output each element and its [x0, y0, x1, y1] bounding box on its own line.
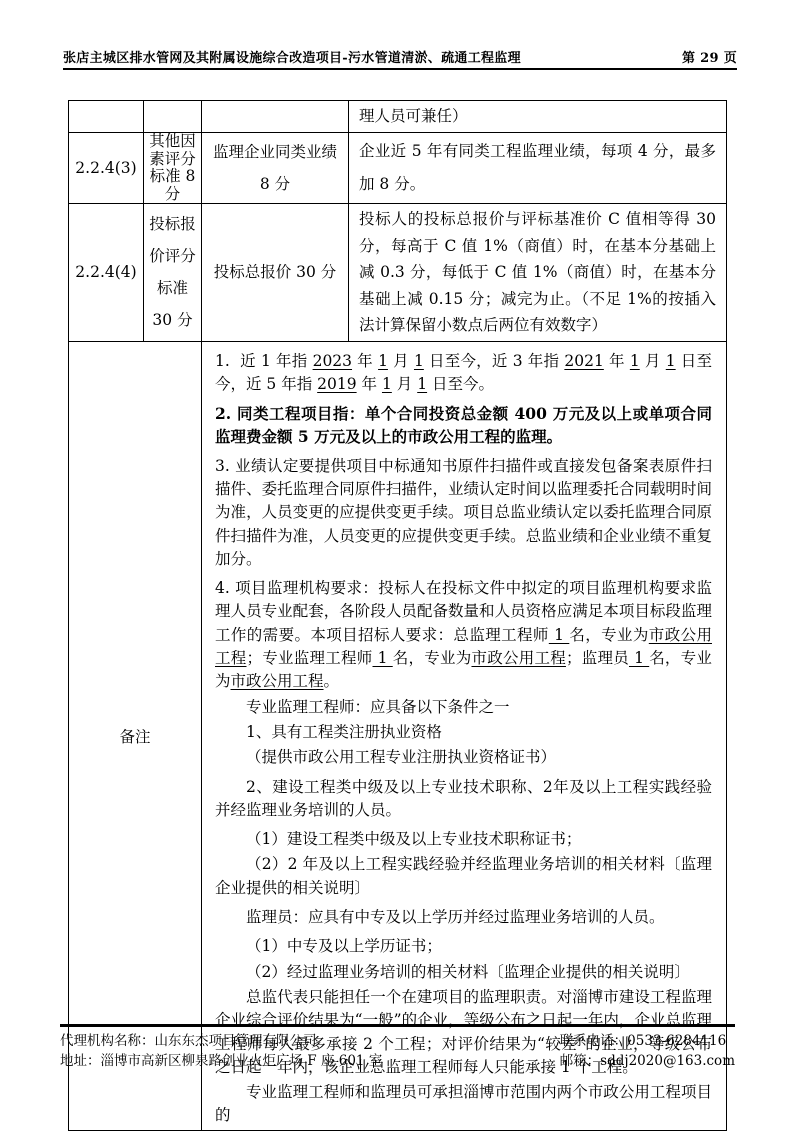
footer-left-column: 代理机构名称：山东东杰项目管理有限公司 地址：淄博市高新区柳泉路创业火炬广场 F…	[60, 1031, 382, 1071]
underlined-text: 2023	[313, 352, 352, 370]
text-segment: 年	[604, 352, 630, 370]
text-segment: 名，专业为	[569, 626, 648, 644]
table-cell-empty	[144, 101, 202, 133]
score-item: 投标总报价 30 分	[202, 204, 349, 342]
text-segment: 1、具有工程类注册执业资格	[246, 723, 442, 741]
text-segment: （2）经过监理业务培训的相关材料〔监理企业提供的相关说明〕	[246, 963, 690, 981]
text-segment: 日至今，近 3 年指	[424, 352, 565, 370]
remarks-paragraph: 3. 业绩认定要提供项目中标通知书原件扫描件或直接发包备案表原件扫描件、委托监理…	[215, 455, 712, 571]
document-page: 张店主城区排水管网及其附属设施综合改造项目-污水管道清淤、疏通工程监理 第 29…	[0, 0, 793, 1122]
remarks-paragraph: 2、建设工程类中级及以上专业技术职称、2年及以上工程实践经验并经监理业务培训的人…	[215, 776, 712, 823]
text-segment: 月	[392, 375, 417, 393]
underlined-text: 1	[629, 649, 649, 667]
underlined-text: 1	[630, 352, 640, 370]
remarks-label: 备注	[69, 341, 202, 1130]
page-header: 张店主城区排水管网及其附属设施综合改造项目-污水管道清淤、疏通工程监理 第 29…	[63, 47, 737, 70]
text-segment: 监理员：应具有中专及以上学历并经过监理业务培训的人员。	[246, 908, 665, 926]
remarks-paragraph: 专业监理工程师：应具备以下条件之一	[215, 696, 712, 719]
underlined-text: 市政公用工程	[231, 672, 324, 690]
text-segment: 月	[640, 352, 666, 370]
footer-right-column: 联系电话：0533-6284116 邮箱：sddj2020@163.com	[560, 1031, 735, 1071]
table-row-carryover: 理人员可兼任）	[69, 101, 727, 133]
remarks-paragraph: 2. 同类工程项目指：单个合同投资总金额 400 万元及以上或单项合同监理费金额…	[215, 402, 712, 449]
score-criteria: 投标人的投标总报价与评标基准价 C 值相等得 30 分，每高于 C 值 1%（商…	[349, 204, 727, 342]
remarks-paragraph: 4. 项目监理机构要求：投标人在投标文件中拟定的项目监理机构要求监理人员专业配套…	[215, 577, 712, 693]
remarks-paragraph: （1）建设工程类中级及以上专业技术职称证书；	[215, 828, 712, 851]
text-segment: 名，专业为	[393, 649, 472, 667]
underlined-text: 1	[414, 352, 424, 370]
underlined-text: 1	[378, 352, 388, 370]
header-page-number: 第 29 页	[682, 47, 737, 66]
score-item: 监理企业同类业绩 8 分	[202, 133, 349, 204]
agency-address: 地址：淄博市高新区柳泉路创业火炬广场 F 座 601 室	[60, 1051, 382, 1071]
underlined-text: 市政公用工程	[471, 649, 566, 667]
table-cell-empty	[69, 101, 144, 133]
underlined-text: 1	[417, 375, 427, 393]
underlined-text: 1	[373, 649, 393, 667]
text-segment: 专业监理工程师：应具备以下条件之一	[246, 698, 510, 716]
text-segment: 年	[357, 375, 382, 393]
text-segment: （提供市政公用工程专业注册执业资格证书）	[246, 748, 556, 766]
text-segment: 2. 同类工程项目指：单个合同投资总金额 400 万元及以上或单项合同监理费金额…	[215, 404, 712, 446]
agency-name: 代理机构名称：山东东杰项目管理有限公司	[60, 1031, 382, 1051]
remarks-row: 备注 1. 近 1 年指 2023 年 1 月 1 日至今，近 3 年指 202…	[69, 341, 727, 1130]
text-segment: 年	[352, 352, 378, 370]
evaluation-criteria-table: 理人员可兼任） 2.2.4(3) 其他因素评分标准 8 分 监理企业同类业绩 8…	[68, 100, 727, 1131]
text-segment: （2）2 年及以上工程实践经验并经监理业务培训的相关材料〔监理企业提供的相关说明…	[215, 855, 712, 896]
remarks-paragraph: 监理员：应具有中专及以上学历并经过监理业务培训的人员。	[215, 906, 712, 929]
text-segment: 日至今。	[427, 375, 494, 393]
text-segment: （1）建设工程类中级及以上专业技术职称证书；	[246, 830, 581, 848]
text-segment: 。	[324, 672, 340, 690]
text-segment: ；监理员	[566, 649, 629, 667]
remarks-paragraph: （2）经过监理业务培训的相关材料〔监理企业提供的相关说明〕	[215, 961, 712, 984]
table-row: 2.2.4(4) 投标报价评分标准 30 分 投标总报价 30 分 投标人的投标…	[69, 204, 727, 342]
text-segment: 月	[388, 352, 414, 370]
remarks-paragraph: （2）2 年及以上工程实践经验并经监理业务培训的相关材料〔监理企业提供的相关说明…	[215, 853, 712, 900]
underlined-text: 1	[666, 352, 676, 370]
criteria-carryover-text: 理人员可兼任）	[349, 101, 727, 133]
score-category: 其他因素评分标准 8 分	[144, 133, 202, 204]
header-title: 张店主城区排水管网及其附属设施综合改造项目-污水管道清淤、疏通工程监理	[63, 47, 521, 66]
text-segment: 1. 近 1 年指	[215, 352, 313, 370]
text-segment: 3. 业绩认定要提供项目中标通知书原件扫描件或直接发包备案表原件扫描件、委托监理…	[215, 457, 712, 568]
remarks-paragraph: 专业监理工程师和监理员可承担淄博市范围内两个市政公用工程项目的	[215, 1081, 712, 1128]
underlined-text: 2021	[564, 352, 603, 370]
remarks-paragraph: 1. 近 1 年指 2023 年 1 月 1 日至今，近 3 年指 2021 年…	[215, 350, 712, 397]
remarks-content: 1. 近 1 年指 2023 年 1 月 1 日至今，近 3 年指 2021 年…	[215, 350, 712, 1128]
text-segment: ；专业监理工程师	[247, 649, 373, 667]
underlined-text: 1	[549, 626, 570, 644]
remarks-paragraph: （提供市政公用工程专业注册执业资格证书）	[215, 746, 712, 769]
score-criteria: 企业近 5 年有同类工程监理业绩，每项 4 分，最多加 8 分。	[349, 133, 727, 204]
remarks-paragraph: （1）中专及以上学历证书；	[215, 935, 712, 958]
contact-email: 邮箱：sddj2020@163.com	[560, 1051, 735, 1071]
clause-code: 2.2.4(3)	[69, 133, 144, 204]
page-footer: 代理机构名称：山东东杰项目管理有限公司 地址：淄博市高新区柳泉路创业火炬广场 F…	[60, 1024, 735, 1071]
table-row: 2.2.4(3) 其他因素评分标准 8 分 监理企业同类业绩 8 分 企业近 5…	[69, 133, 727, 204]
text-segment: 专业监理工程师和监理员可承担淄博市范围内两个市政公用工程项目的	[215, 1083, 712, 1124]
contact-phone: 联系电话：0533-6284116	[560, 1031, 735, 1051]
clause-code: 2.2.4(4)	[69, 204, 144, 342]
table-cell-empty	[202, 101, 349, 133]
remarks-cell: 1. 近 1 年指 2023 年 1 月 1 日至今，近 3 年指 2021 年…	[202, 341, 727, 1130]
score-category: 投标报价评分标准 30 分	[144, 204, 202, 342]
remarks-paragraph: 1、具有工程类注册执业资格	[215, 721, 712, 744]
underlined-text: 1	[382, 375, 392, 393]
text-segment: 2、建设工程类中级及以上专业技术职称、2年及以上工程实践经验并经监理业务培训的人…	[215, 778, 712, 819]
underlined-text: 2019	[317, 375, 356, 393]
text-segment: （1）中专及以上学历证书；	[246, 937, 442, 955]
